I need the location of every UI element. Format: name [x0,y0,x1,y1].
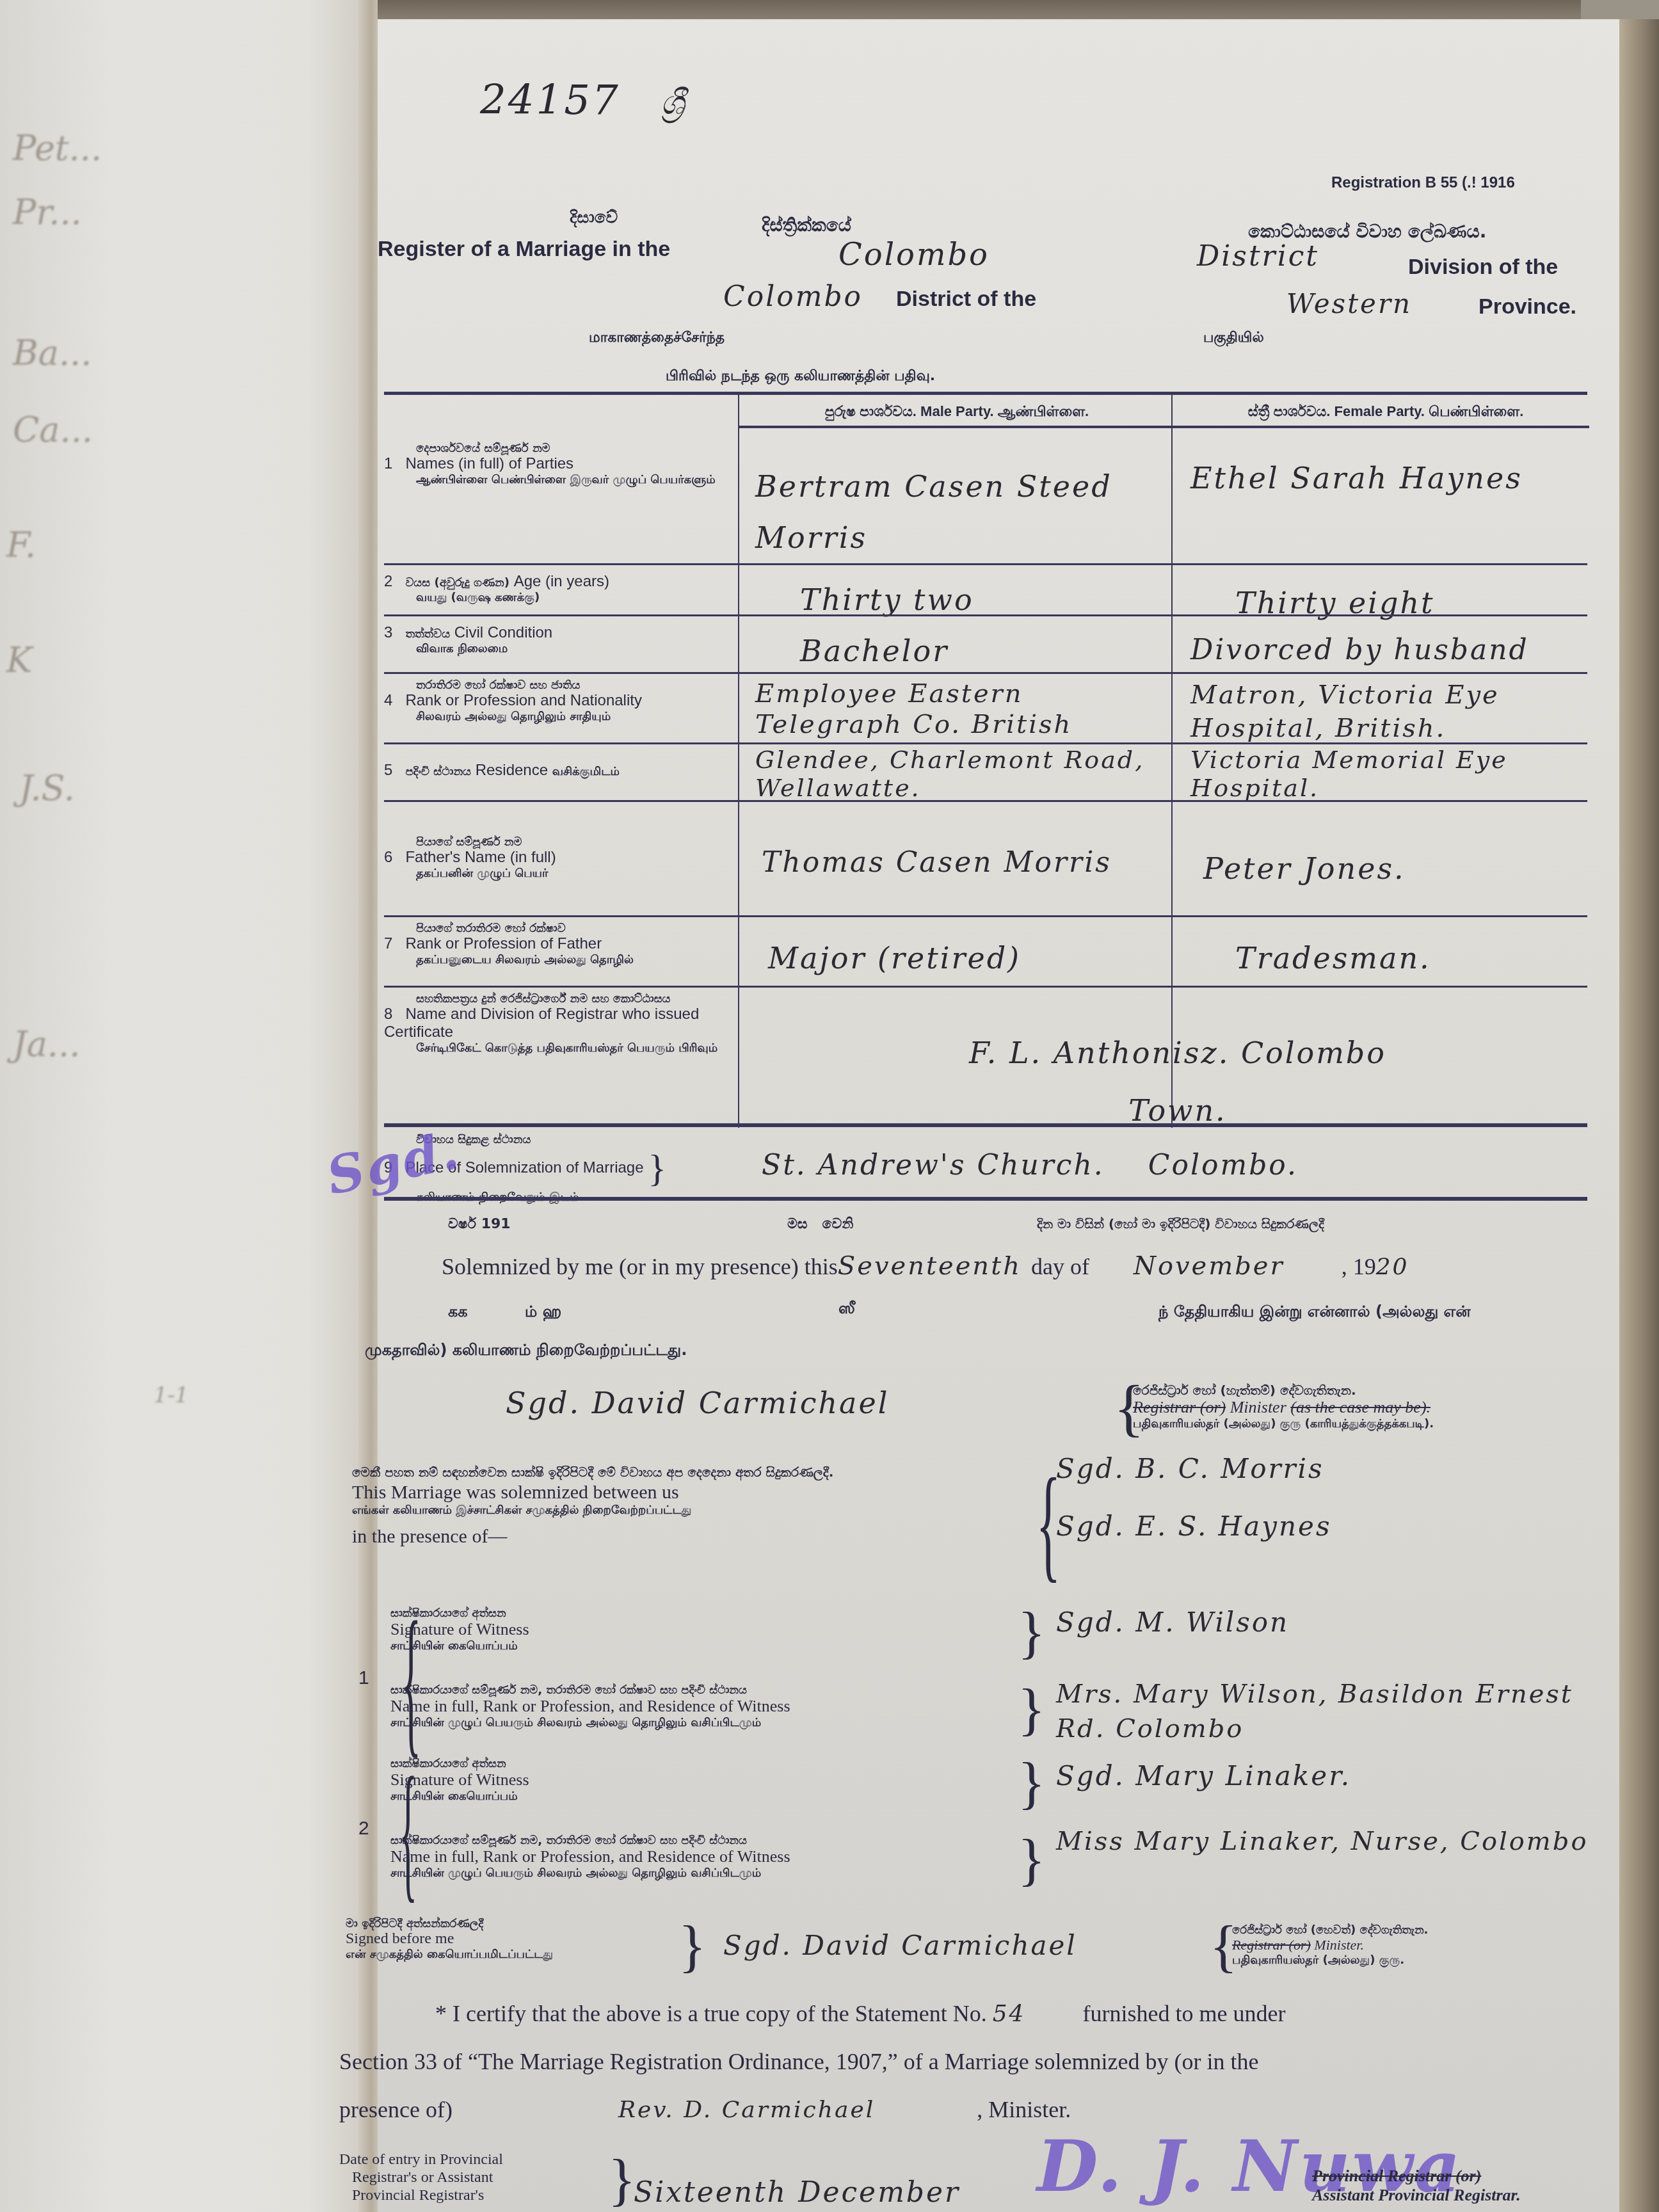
row-rule-thick [384,1123,1587,1127]
table-bottom-rule [384,1197,1587,1201]
page-top-shadow [378,0,1581,22]
female-residence: Victoria Memorial Eye Hospital. [1190,746,1587,802]
role-case: (as the case may be). [1290,1398,1431,1416]
sinhala-month: මස ‍ ‍ වෙනි [787,1216,853,1232]
female-civil-condition: Divorced by husband [1190,634,1529,666]
faded-mark: Pet... [13,128,102,168]
row-1-tamil: ஆண்பிள்ளை பெண்பிள்ளை இருவர் முழுப் பெயர்… [384,473,736,488]
witness-1-sig-tamil: சாட்சியின் கையொப்பம் [390,1639,529,1654]
entry-label-1: Date of entry in Provincial [339,2151,503,2168]
entry-role: Provincial Registrar (or) Assistant Prov… [1312,2167,1521,2205]
column-divider-1 [738,392,739,1128]
male-father-name: Thomas Casen Morris [762,845,1146,881]
role-minister: Minister [1230,1398,1286,1416]
witness-1-details-tamil: சாட்சியின் முழுப் பெயரும் சிலவரம் அல்லது… [390,1716,790,1731]
witness-2-sig-sinhala: සාක්ෂිකාරයාගේ අත්සන [390,1757,529,1770]
witness-1-number: 1 [358,1667,369,1689]
tamil-a: கக [448,1302,468,1322]
brace: } [1018,1827,1045,1893]
witness-1-details-label: සාක්ෂිකාරයාගේ සම්පූර්ණ නම, තරාතිරම හෝ රක… [390,1683,790,1731]
male-profession: Employee Eastern Telegraph Co. British [755,678,1152,740]
declaration-tamil: எங்கள் கலியாணம் இச்சாட்சிகள் சமுகத்தில் … [352,1503,998,1518]
signed-role-sinhala: රෙජිස්ට්‍රාර් හෝ (හෙවත්) දේවගැතිතැන. [1232,1923,1428,1937]
officiant-role-tamil: பதிவுகாரியஸ்தர் (அல்லது) குரு (காரியத்து… [1133,1417,1434,1432]
tamil-heading-2: பகுதியில் [1203,330,1264,348]
certified-minister: Rev. D. Carmichael [618,2097,875,2123]
row-8-english: Name and Division of Registrar who issue… [384,1006,699,1041]
cert-prefix: * I certify that the above is a true cop… [435,2001,987,2026]
party-signature-female: Sgd. E. S. Haynes [1056,1511,1331,1542]
row-6-sinhala: පියාගේ සම්පූර්ණ නම [384,835,736,849]
role-registrar: Registrar (or) [1133,1398,1226,1416]
parties-declaration: මෙකී පහත නම් සඳහන්වෙන සාක්ෂි ඉදිරිපිටදී … [352,1463,998,1548]
row-7-english: Rank or Profession of Father [405,935,602,952]
witness-2-number: 2 [358,1818,369,1839]
row-3-tamil: விவாக நிலைமை [384,642,736,657]
tamil-c: ஸீ [838,1299,855,1319]
tamil-b: ம் ஹ [525,1302,561,1322]
solemnization-line: Solemnized by me (or in my presence) thi… [442,1251,1409,1281]
marriage-register-page: 24157 ශ්‍රී Registration B 55 (.! 1916 ද… [378,19,1619,2212]
faded-mark: Pr... [13,192,82,232]
solemnized-month: November [1134,1251,1285,1281]
row-4-label: තරාතිරම හෝ රක්ෂාව සහ ජාතිය 4 Rank or Pro… [384,678,736,725]
solemnized-mid: day of [1031,1254,1089,1279]
signed-role-minister: Minister. [1314,1937,1364,1953]
row-8-label: සහතිකපත්‍රය දුන් රෙජිස්ට්‍රාර්ගේ නම සහ ක… [384,992,736,1056]
signed-before-sinhala: මා ඉදිරිපිටදී අත්සන්කරණලදී [346,1917,553,1930]
officiant-signature: Sgd. David Carmichael [506,1386,889,1420]
row-3-label: 3 තත්ත්වය Civil Condition விவாக நிலைமை [384,624,736,657]
row-rule [384,742,1587,744]
brace: } [608,2147,636,2212]
solemnized-prefix: Solemnized by me (or in my presence) thi… [442,1254,838,1279]
row-2-english: Age (in years) [514,573,609,590]
faded-mark: J.S. [19,768,75,808]
certification-line-2: Section 33 of “The Marriage Registration… [339,2048,1259,2075]
witness-1-details: Mrs. Mary Wilson, Basildon Ernest Rd. Co… [1056,1677,1607,1746]
female-father-name: Peter Jones. [1203,851,1587,886]
witness-2-signature-label: සාක්ෂිකාරයාගේ අත්සන Signature of Witness… [390,1757,529,1804]
province-handwritten: Western [1286,288,1412,319]
brace: } [1018,1600,1045,1666]
table-top-rule [384,392,1587,395]
province-label: Province. [1479,294,1576,319]
sinhala-year: වර්ෂ 191 [448,1216,511,1232]
row-7-tamil: தகப்பனுடைய சிலவரம் அல்லது தொழில் [384,953,736,968]
tamil-heading-3: பிரிவில் நடந்த ஒரு கலியாணத்தின் பதிவு. [666,368,935,386]
male-residence: Glendee, Charlemont Road, Wellawatte. [755,746,1152,802]
district-of-handwritten: Colombo [723,280,863,313]
witness-2-details-english: Name in full, Rank or Profession, and Re… [390,1847,790,1866]
signed-before-label: මා ඉදිරිපිටදී අත්සන්කරණලදී Signed before… [346,1917,553,1962]
male-full-name: Bertram Casen Steed Morris [755,461,1152,563]
faded-mark: Ba... [13,333,92,373]
signed-before-english: Signed before me [346,1930,553,1948]
male-father-profession: Major (retired) [768,941,1021,975]
female-profession: Matron, Victoria Eye Hospital, British. [1190,678,1587,745]
row-rule [384,614,1587,616]
row-5-english: Residence [476,762,548,779]
row-2-sinhala: වයස (අවුරුදු ගණන) [405,576,509,589]
certification-line-1: * I certify that the above is a true cop… [435,2000,1285,2027]
cert-suffix: furnished to me under [1083,2001,1286,2026]
witness-2-details-tamil: சாட்சியின் முழுப் பெயரும் சிலவரம் அல்லது… [390,1866,790,1881]
signed-role-registrar: Registrar (or) [1232,1937,1311,1953]
faded-mark: Ja... [13,1024,80,1064]
page-stack-edge [1619,19,1659,2212]
row-2-tamil: வயது (வருஷ கணக்கு) [384,591,736,605]
entry-role-2: Assistant Provincial Registrar. [1312,2186,1521,2205]
header-rule [738,426,1589,428]
row-3-sinhala: තත්ත්වය [405,627,450,641]
register-title: Register of a Marriage in the [378,237,670,262]
witness-1-sig-english: Signature of Witness [390,1620,529,1639]
witness-2-sig-english: Signature of Witness [390,1770,529,1790]
row-6-tamil: தகப்பனின் முழுப் பெயர் [384,867,736,881]
faded-mark: 1-1 [154,1382,189,1408]
row-4-english: Rank or Profession and Nationality [405,692,642,709]
row-5-label: 5 පදිංචි ස්ථානය Residence வசிக்குமிடம் [384,762,736,780]
witness-1-signature: Sgd. M. Wilson [1056,1607,1289,1638]
witness-1-details-sinhala: සාක්ෂිකාරයාගේ සම්පූර්ණ නම, තරාතිරම හෝ රක… [390,1683,790,1697]
brace: } [1018,1677,1045,1743]
column-divider-2 [1171,392,1173,1128]
row-1-sinhala: දෙපාර්ශවයේ සම්පූර්ණ නම [384,442,736,455]
district-handwritten: Colombo [838,237,990,273]
reference-number: 24157 ශ්‍රී [480,77,686,124]
male-civil-condition: Bachelor [800,634,949,668]
left-facing-page: Pet... Pr... Ba... Ca... F. K J.S. Ja...… [0,0,384,2212]
officiant-role-sinhala: රෙජිස්ට්‍රාර් හෝ (හැත්තම්) දේවගැතිතැන. [1133,1382,1434,1398]
row-1-english: Names (in full) of Parties [405,455,573,472]
row-6-number: 6 [384,849,392,866]
brace: } [1018,1751,1045,1816]
party-signature-male: Sgd. B. C. Morris [1056,1453,1324,1484]
reference-mark: ශ්‍රී [661,84,686,122]
signed-before-signature: Sgd. David Carmichael [723,1930,1077,1961]
faded-mark: F. [6,525,36,565]
form-code: Registration B 55 (.! 1916 [1331,174,1515,192]
column-header-male: පුරුෂ පාර්ශවය. Male Party. ஆண்பிள்ளை. [749,403,1165,422]
entry-label-2: Registrar's or Assistant [339,2168,503,2186]
witness-2-details-label: සාක්ෂිකාරයාගේ සම්පූර්ණ නම, තරාතිරම හෝ රක… [390,1834,790,1881]
certification-line-3: presence of) Rev. D. Carmichael , Minist… [339,2096,1071,2123]
female-father-profession: Tradesman. [1235,941,1431,975]
in-presence-of: in the presence of— [352,1526,998,1548]
row-5-tamil: வசிக்குமிடம் [552,765,620,778]
row-rule [384,672,1587,674]
entry-date: Sixteenth December [634,2176,960,2209]
brace: } [678,1914,706,1980]
row-4-tamil: சிலவரம் அல்லது தொழிலும் சாதியும் [384,710,736,725]
declaration-sinhala: මෙකී පහත නම් සඳහන්වෙන සාක්ෂි ඉදිරිපිටදී … [352,1463,998,1482]
sinhala-heading-3: කොට්ඨාසයේ විවාහ ලේඛණය. [1248,221,1486,243]
row-rule [384,915,1587,917]
statement-number: 54 [993,2001,1026,2027]
row-3-english: Civil Condition [454,624,552,641]
male-age: Thirty two [800,582,974,617]
signed-before-tamil: என் சமுகத்தில் கையொப்பமிடப்பட்டது [346,1948,553,1962]
row-rule [384,986,1587,988]
solemnized-year: 20 [1376,1254,1409,1280]
cert-line3-suffix: , Minister. [977,2097,1071,2122]
faded-mark: Ca... [13,410,93,450]
row-5-number: 5 [384,762,392,779]
tamil-e: முகதாவில்) கலியாணம் நிறைவேற்றப்பட்டது. [365,1341,687,1361]
cert-line3-prefix: presence of) [339,2097,453,2122]
witness-2-signature: Sgd. Mary Linaker. [1056,1760,1351,1791]
signed-before-role: රෙජිස්ට්‍රාර් හෝ (හෙවත්) දේවගැතිතැන. Reg… [1232,1923,1428,1968]
entry-label-3: Provincial Registrar's [339,2186,503,2204]
reference-number-text: 24157 [480,77,620,124]
row-2-label: 2 වයස (අවුරුදු ගණන) Age (in years) வயது … [384,573,736,605]
column-header-female: ස්ත්‍රී පාර්ශවය. Female Party. பெண்பிள்ள… [1178,403,1594,422]
sinhala-heading-1: දිසාවේ [570,208,618,228]
row-1-number: 1 [384,455,392,472]
faded-mark: K [6,640,32,680]
entry-role-1: Provincial Registrar (or) [1312,2167,1521,2186]
witness-2-sig-tamil: சாட்சியின் கையொப்பம் [390,1790,529,1804]
registrar-name-division: F. L. Anthonisz. Colombo Town. [954,1024,1402,1139]
tamil-heading-1: மாகாணத்தைச்சேர்ந்த [589,330,725,348]
row-7-label: පියාගේ තරාතිරම හෝ රක්ෂාව 7 Rank or Profe… [384,922,736,968]
witness-2-details: Miss Mary Linaker, Nurse, Colombo [1056,1824,1607,1859]
solemnized-year-prefix: , 19 [1342,1254,1376,1279]
witness-1-signature-label: සාක්ෂිකාරයාගේ අත්සන Signature of Witness… [390,1607,529,1654]
tamil-d: ந் தேதியாகிய இன்று என்னால் (அல்லது என் [1158,1302,1471,1322]
row-2-number: 2 [384,573,392,590]
row-3-number: 3 [384,624,392,641]
sinhala-solemnized: දින මා විසින් (හෝ මා ඉදිරිපිටදී) විවාහය … [1037,1216,1324,1231]
row-8-tamil: சேர்டிபிகேட் கொடுத்த பதிவுகாரியஸ்தர் பெய… [384,1041,736,1056]
row-4-sinhala: තරාතිරම හෝ රක්ෂාව සහ ජාතිය [384,678,736,692]
row-1-label: දෙපාර්ශවයේ සම්පූර්ණ නම 1 Names (in full)… [384,442,736,488]
division-handwritten: District [1197,240,1319,273]
female-full-name: Ethel Sarah Haynes [1190,461,1594,495]
witness-1-details-english: Name in full, Rank or Profession, and Re… [390,1697,790,1716]
row-8-sinhala: සහතිකපත්‍රය දුන් රෙජිස්ට්‍රාර්ගේ නම සහ ක… [384,992,736,1006]
witness-1-sig-sinhala: සාක්ෂිකාරයාගේ අත්සන [390,1607,529,1620]
district-of-label: District of the [896,287,1036,312]
entry-label: Date of entry in Provincial Registrar's … [339,2151,503,2204]
witness-2-details-sinhala: සාක්ෂිකාරයාගේ සම්පූර්ණ නම, තරාතිරම හෝ රක… [390,1834,790,1847]
row-5-sinhala: පදිංචි ස්ථානය [405,765,471,778]
signed-role-tamil: பதிவுகாரியஸ்தர் (அல்லது) குரு. [1232,1953,1428,1968]
row-4-number: 4 [384,692,392,709]
row-7-sinhala: පියාගේ තරාතිරම හෝ රක්ෂාව [384,922,736,935]
declaration-english: This Marriage was solemnized between us [352,1482,998,1503]
row-rule [384,800,1587,802]
row-6-label: පියාගේ සම්පූර්ණ නම 6 Father's Name (in f… [384,835,736,881]
row-rule [384,563,1587,565]
row-6-english: Father's Name (in full) [405,849,556,866]
sinhala-heading-2: දිස්ත්‍රික්කයේ [762,214,851,236]
division-label: Division of the [1408,255,1558,280]
solemnized-day: Seventeenth [838,1251,1022,1281]
place-of-solemnization: St. Andrew's Church. Colombo. [762,1149,1594,1182]
officiant-role: රෙජිස්ට්‍රාර් හෝ (හැත්තම්) දේවගැතිතැන. R… [1133,1382,1434,1432]
row-8-number: 8 [384,1006,392,1023]
row-7-number: 7 [384,935,392,952]
